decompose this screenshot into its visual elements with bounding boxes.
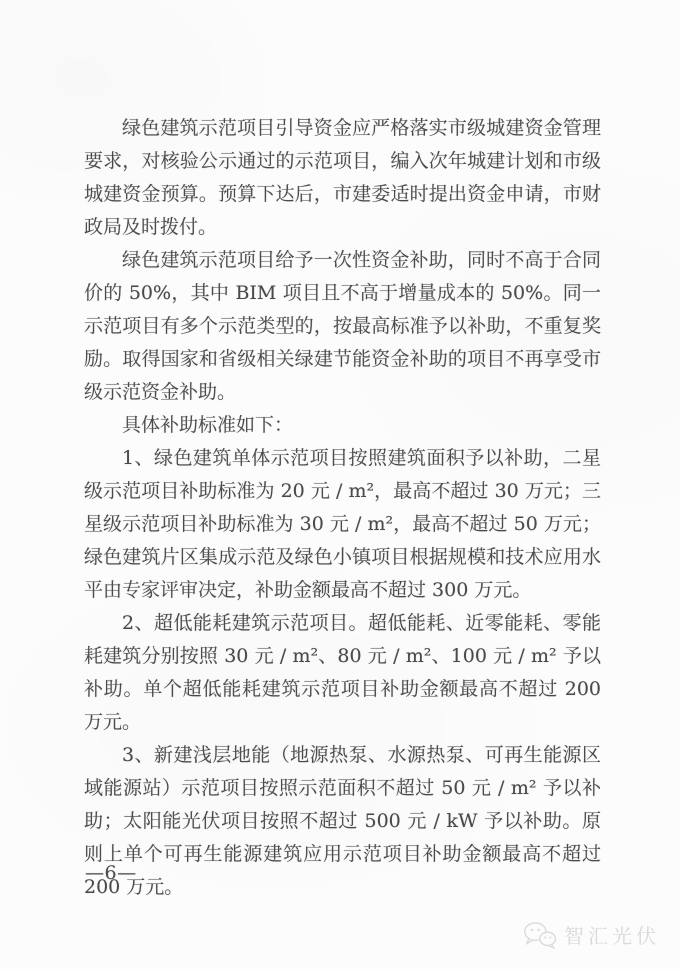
paragraph-item-1-green-building: 1、绿色建筑单体示范项目按照建筑面积予以补助，二星级示范项目补助标准为 20 元…: [84, 442, 601, 607]
paragraph-item-3-renewable-energy: 3、新建浅层地能（地源热泵、水源热泵、可再生能源区域能源站）示范项目按照示范面积…: [84, 739, 601, 904]
document-body: 绿色建筑示范项目引导资金应严格落实市级城建资金管理要求，对核验公示通过的示范项目…: [84, 112, 601, 904]
paragraph-standards-intro: 具体补助标准如下：: [84, 409, 601, 442]
wechat-icon: [523, 921, 557, 949]
scanned-document-page: 绿色建筑示范项目引导资金应严格落实市级城建资金管理要求，对核验公示通过的示范项目…: [0, 0, 680, 969]
brand-watermark: 智汇光伏: [523, 920, 660, 949]
paragraph-funding-management: 绿色建筑示范项目引导资金应严格落实市级城建资金管理要求，对核验公示通过的示范项目…: [84, 112, 601, 244]
paragraph-item-2-ultra-low-energy: 2、超低能耗建筑示范项目。超低能耗、近零能耗、零能耗建筑分别按照 30 元 / …: [84, 607, 601, 739]
paragraph-subsidy-rules: 绿色建筑示范项目给予一次性资金补助，同时不高于合同价的 50%，其中 BIM 项…: [84, 244, 601, 409]
watermark-text: 智汇光伏: [564, 920, 660, 949]
page-number: —6—: [85, 862, 137, 884]
